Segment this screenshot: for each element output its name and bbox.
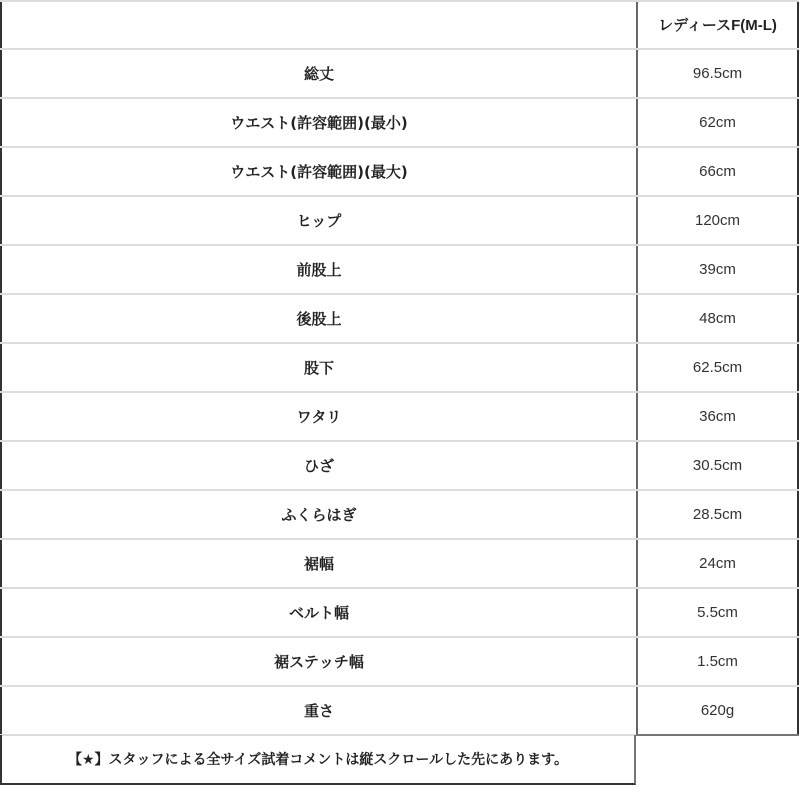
row-value: 48cm — [636, 294, 799, 343]
table-row: 裾幅 24cm — [0, 539, 799, 588]
divider — [0, 48, 799, 50]
row-value: 39cm — [636, 245, 799, 294]
divider — [0, 440, 799, 442]
row-value: 62.5cm — [636, 343, 799, 392]
row-label: ウエスト(許容範囲)(最大) — [0, 147, 636, 196]
row-value: 24cm — [636, 539, 799, 588]
table-row: 裾ステッチ幅 1.5cm — [0, 637, 799, 686]
fitting-comment-note: 【★】スタッフによる全サイズ試着コメントは縦スクロールした先にあります。 — [0, 735, 636, 785]
table-row: 股下 62.5cm — [0, 343, 799, 392]
divider — [0, 538, 799, 540]
divider — [0, 342, 799, 344]
table-row: ベルト幅 5.5cm — [0, 588, 799, 637]
row-label: ベルト幅 — [0, 588, 636, 637]
row-label: 前股上 — [0, 245, 636, 294]
row-value: 36cm — [636, 392, 799, 441]
table-row: 後股上 48cm — [0, 294, 799, 343]
header-size-column: レディースF(M-L) — [636, 0, 799, 49]
row-value: 30.5cm — [636, 441, 799, 490]
row-label: ひざ — [0, 441, 636, 490]
table-row: ひざ 30.5cm — [0, 441, 799, 490]
divider — [0, 293, 799, 295]
table-row: ウエスト(許容範囲)(最大) 66cm — [0, 147, 799, 196]
row-label: ヒップ — [0, 196, 636, 245]
row-label: 股下 — [0, 343, 636, 392]
divider — [0, 146, 799, 148]
row-label: 裾ステッチ幅 — [0, 637, 636, 686]
row-value: 62cm — [636, 98, 799, 147]
row-value: 28.5cm — [636, 490, 799, 539]
table-row: 前股上 39cm — [0, 245, 799, 294]
row-label: 総丈 — [0, 49, 636, 98]
divider — [0, 587, 799, 589]
table-row: 総丈 96.5cm — [0, 49, 799, 98]
table-row: ふくらはぎ 28.5cm — [0, 490, 799, 539]
divider — [0, 636, 799, 638]
row-label: ふくらはぎ — [0, 490, 636, 539]
table-row: ヒップ 120cm — [0, 196, 799, 245]
divider — [0, 97, 799, 99]
row-value: 1.5cm — [636, 637, 799, 686]
row-value: 66cm — [636, 147, 799, 196]
row-value: 5.5cm — [636, 588, 799, 637]
divider — [636, 734, 799, 736]
row-label: ワタリ — [0, 392, 636, 441]
row-value: 120cm — [636, 196, 799, 245]
table-header-row: レディースF(M-L) — [0, 0, 799, 49]
table-row: ウエスト(許容範囲)(最小) 62cm — [0, 98, 799, 147]
row-label: 後股上 — [0, 294, 636, 343]
header-label-cell — [0, 0, 636, 49]
divider — [0, 0, 799, 2]
row-label: 裾幅 — [0, 539, 636, 588]
row-label: 重さ — [0, 686, 636, 735]
divider — [0, 391, 799, 393]
row-value: 620g — [636, 686, 799, 735]
table-row: ワタリ 36cm — [0, 392, 799, 441]
row-label: ウエスト(許容範囲)(最小) — [0, 98, 636, 147]
divider — [0, 489, 799, 491]
table-row: 重さ 620g — [0, 686, 799, 735]
divider — [0, 244, 799, 246]
divider — [0, 685, 799, 687]
row-value: 96.5cm — [636, 49, 799, 98]
divider — [0, 195, 799, 197]
